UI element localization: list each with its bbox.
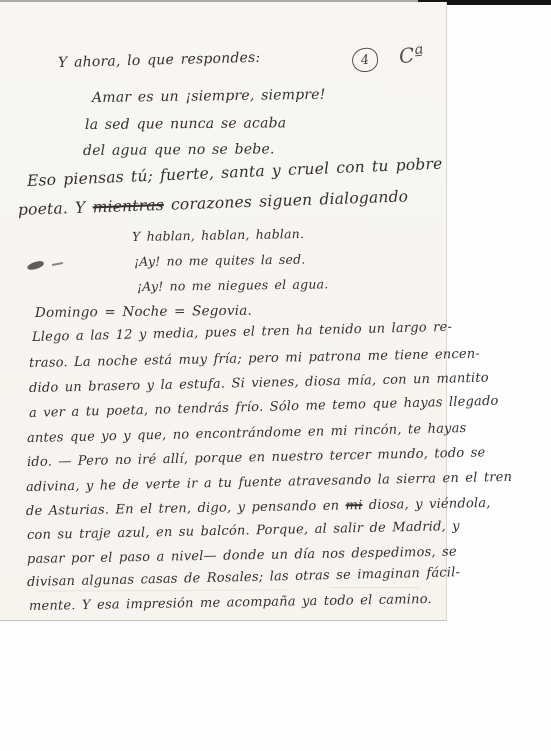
- paper-crease: [330, 587, 420, 588]
- comment-line: Eso piensas tú; fuerte, santa y cruel co…: [27, 155, 443, 190]
- letter-page: 4 Cª Y ahora, lo que respondes: Amar es …: [0, 2, 447, 621]
- ink-smudge: [26, 260, 44, 271]
- dateline: Domingo = Noche = Segovia.: [35, 303, 252, 321]
- body-line-with-strike: de Asturias. En el tren, digo, y pensand…: [26, 496, 491, 519]
- body-line: a ver a tu poeta, no tendrás frío. Sólo …: [29, 394, 499, 421]
- handwritten-intro-line: Y ahora, lo que respondes:: [58, 50, 261, 71]
- corner-annotation: Cª: [398, 42, 425, 68]
- body-line: dido un brasero y la estufa. Si vienes, …: [29, 371, 489, 396]
- body-line: traso. La noche está muy fría; pero mi p…: [29, 347, 480, 371]
- body-pre: de Asturias. En el tren, digo, y pensand…: [26, 498, 346, 519]
- body-line: pasar por el paso a nivel— donde un día …: [27, 544, 457, 567]
- dialog-line: ¡Ay! no me niegues el agua.: [137, 276, 329, 294]
- verse-line: Amar es un ¡siempre, siempre!: [92, 87, 326, 106]
- struck-word: mi: [345, 498, 362, 513]
- page-number-circled: 4: [351, 47, 379, 74]
- ink-dash: [52, 262, 63, 266]
- body-line: con su traje azul, en su balcón. Porque,…: [27, 519, 460, 543]
- comment-line-with-strike: poeta. Y mientras corazones siguen dialo…: [18, 187, 409, 219]
- paper-crease: [38, 589, 288, 591]
- body-line: antes que yo y que, no encontrándome en …: [27, 421, 467, 446]
- dialog-line: Y hablan, hablan, hablan.: [132, 226, 304, 244]
- body-line: adivina, y he de verte ir a tu fuente at…: [26, 470, 512, 495]
- body-post: diosa, y viéndola,: [362, 496, 490, 513]
- body-line: Llego a las 12 y media, pues el tren ha …: [32, 320, 452, 345]
- dialog-line: ¡Ay! no me quites la sed.: [134, 252, 306, 269]
- verse-line: la sed que nunca se acaba: [85, 115, 286, 133]
- body-line: mente. Y esa impresión me acompaña ya to…: [29, 592, 432, 614]
- struck-word: mientras: [92, 196, 164, 216]
- scanned-letter-canvas: 4 Cª Y ahora, lo que respondes: Amar es …: [0, 0, 551, 751]
- comment-pre: poeta. Y: [18, 198, 93, 219]
- verse-line: del agua que no se bebe.: [83, 141, 275, 159]
- comment-post: corazones siguen dialogando: [164, 187, 409, 214]
- body-line: ido. — Pero no iré allí, porque en nuest…: [27, 445, 486, 470]
- page-number: 4: [360, 52, 370, 68]
